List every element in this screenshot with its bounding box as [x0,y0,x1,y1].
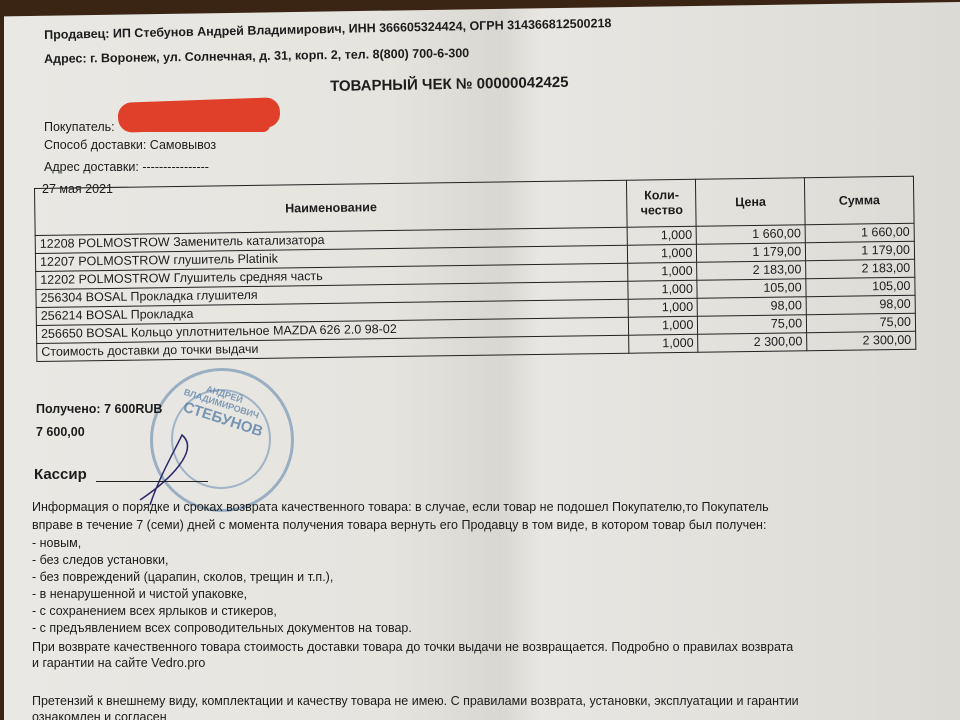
cell-price: 1 660,00 [696,225,805,245]
cell-qty: 1,000 [629,334,698,353]
cell-qty: 1,000 [628,226,697,245]
buyer-label: Покупатель: [44,120,115,134]
policy-note-1: При возврате качественного товара стоимо… [32,640,793,654]
cell-sum: 98,00 [806,295,915,315]
footer-line-2: ознакомлен и согласен [32,710,167,720]
cell-price: 2 300,00 [698,333,807,353]
cashier-label: Кассир [34,466,87,483]
cell-qty: 1,000 [628,244,697,263]
cell-price: 98,00 [697,297,806,317]
policy-condition: - с предъявлением всех сопроводительных … [32,621,412,635]
cell-sum: 1 179,00 [806,241,915,261]
delivery-address: Адрес доставки: ---------------- [44,160,209,174]
received-amount: Получено: 7 600RUB [36,402,162,416]
policy-condition: - в ненарушенной и чистой упаковке, [32,587,247,601]
header-qty-line1: Коли- [632,188,692,204]
policy-intro-1: Информация о порядке и сроках возврата к… [32,500,769,514]
cell-sum: 2 183,00 [806,259,915,279]
total-amount: 7 600,00 [36,425,85,439]
cell-price: 105,00 [697,279,806,299]
header-qty-line2: чество [632,203,692,219]
cashier-signature-line [96,481,208,482]
cell-price: 1 179,00 [697,243,806,263]
signature [130,420,230,510]
header-price: Цена [696,178,805,227]
policy-condition: - без следов установки, [32,553,168,567]
items-table: Наименование Коли- чество Цена Сумма 122… [34,176,916,362]
header-name: Наименование [35,180,628,235]
cell-sum: 105,00 [806,277,915,297]
cell-sum: 2 300,00 [807,331,916,351]
cell-price: 75,00 [698,315,807,335]
policy-intro-2: вправе в течение 7 (семи) дней с момента… [32,518,766,532]
cell-qty: 1,000 [628,280,697,299]
delivery-method: Способ доставки: Самовывоз [44,138,216,152]
policy-note-2: и гарантии на сайте Vedro.pro [32,656,205,670]
footer-line-1: Претензий к внешнему виду, комплектации … [32,694,799,708]
buyer-redaction-2 [140,118,270,132]
policy-condition: - с сохранением всех ярлыков и стикеров, [32,604,277,618]
policy-condition: - новым, [32,536,81,550]
header-sum: Сумма [805,176,914,225]
cell-sum: 1 660,00 [805,223,914,243]
header-qty: Коли- чество [627,179,697,227]
cell-sum: 75,00 [807,313,916,333]
cell-qty: 1,000 [629,298,698,317]
cell-qty: 1,000 [629,316,698,335]
cell-price: 2 183,00 [697,261,806,281]
policy-condition: - без повреждений (царапин, сколов, трещ… [32,570,333,584]
cell-qty: 1,000 [628,262,697,281]
